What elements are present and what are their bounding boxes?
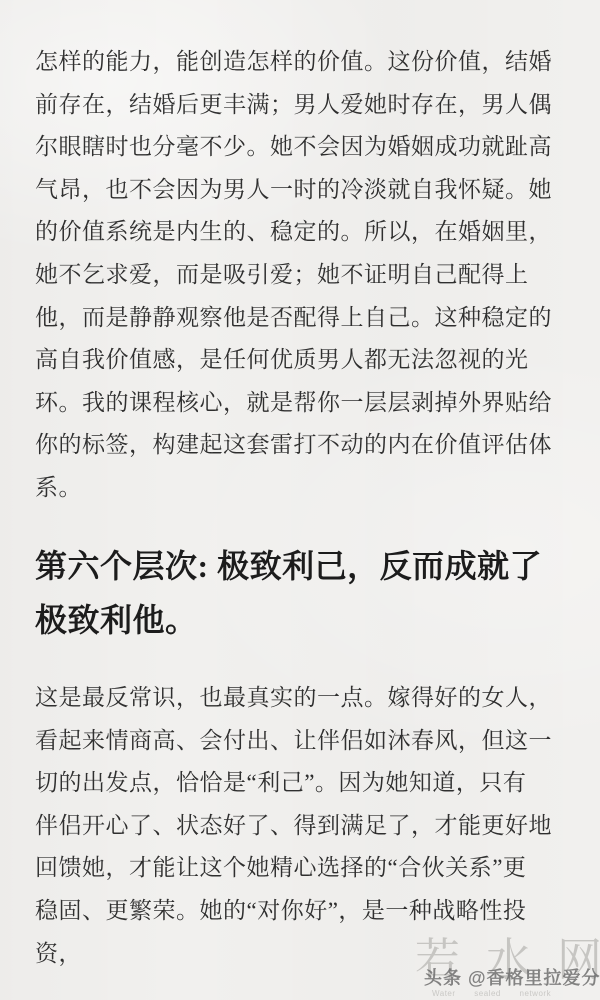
watermark: 若水网 头条 @香格里拉爱分享 Water sealed network: [408, 933, 600, 1000]
paragraph-2-line: 伴侣开心了、状态好了、得到满足了，才能更好地: [35, 805, 552, 848]
watermark-credit-line: 头条 @香格里拉爱分享: [424, 964, 600, 990]
paragraph-1-line: 的价值系统是内生的、稳定的。所以，在婚姻里，: [35, 211, 552, 254]
paragraph-2-line: 稳固、更繁荣。她的“对你好”，是一种战略性投: [35, 890, 552, 933]
paragraph-1-line: 她不乞求爱，而是吸引爱；她不证明自己配得上: [35, 254, 552, 297]
paragraph-2-line: 这是最反常识，也最真实的一点。嫁得好的女人，: [35, 677, 552, 720]
article-page: 怎样的能力，能创造怎样的价值。这份价值，结婚 前存在，结婚后更丰满；男人爱她时存…: [0, 0, 600, 1000]
section-heading-line: 极致利他。: [35, 593, 542, 647]
paragraph-1-line: 高自我价值感，是任何优质男人都无法忽视的光: [35, 339, 552, 382]
watermark-subtext: Water sealed network: [432, 989, 551, 998]
paragraph-1-line: 气昂，也不会因为男人一时的冷淡就自我怀疑。她: [35, 169, 552, 212]
paragraph-1-line: 怎样的能力，能创造怎样的价值。这份价值，结婚: [35, 41, 552, 84]
paragraph-1-line: 前存在，结婚后更丰满；男人爱她时存在，男人偶: [35, 84, 552, 127]
paragraph-1: 怎样的能力，能创造怎样的价值。这份价值，结婚 前存在，结婚后更丰满；男人爱她时存…: [35, 41, 552, 510]
section-heading-line: 第六个层次: 极致利己，反而成就了: [35, 539, 542, 593]
paragraph-2-line: 切的出发点，恰恰是“利己”。因为她知道，只有: [35, 762, 552, 805]
section-heading: 第六个层次: 极致利己，反而成就了 极致利他。: [35, 539, 542, 647]
paragraph-1-line: 你的标签，构建起这套雷打不动的内在价值评估体: [35, 424, 552, 467]
paragraph-2: 这是最反常识，也最真实的一点。嫁得好的女人， 看起来情商高、会付出、让伴侣如沐春…: [35, 677, 552, 975]
paragraph-2-line: 看起来情商高、会付出、让伴侣如沐春风，但这一: [35, 720, 552, 763]
paragraph-2-line: 回馈她，才能让这个她精心选择的“合伙关系”更: [35, 847, 552, 890]
paragraph-1-line: 环。我的课程核心，就是帮你一层层剥掉外界贴给: [35, 382, 552, 425]
paragraph-1-line: 他，而是静静观察他是否配得上自己。这种稳定的: [35, 297, 552, 340]
paragraph-1-line: 系。: [35, 467, 552, 510]
paragraph-1-line: 尔眼瞎时也分毫不少。她不会因为婚姻成功就趾高: [35, 126, 552, 169]
